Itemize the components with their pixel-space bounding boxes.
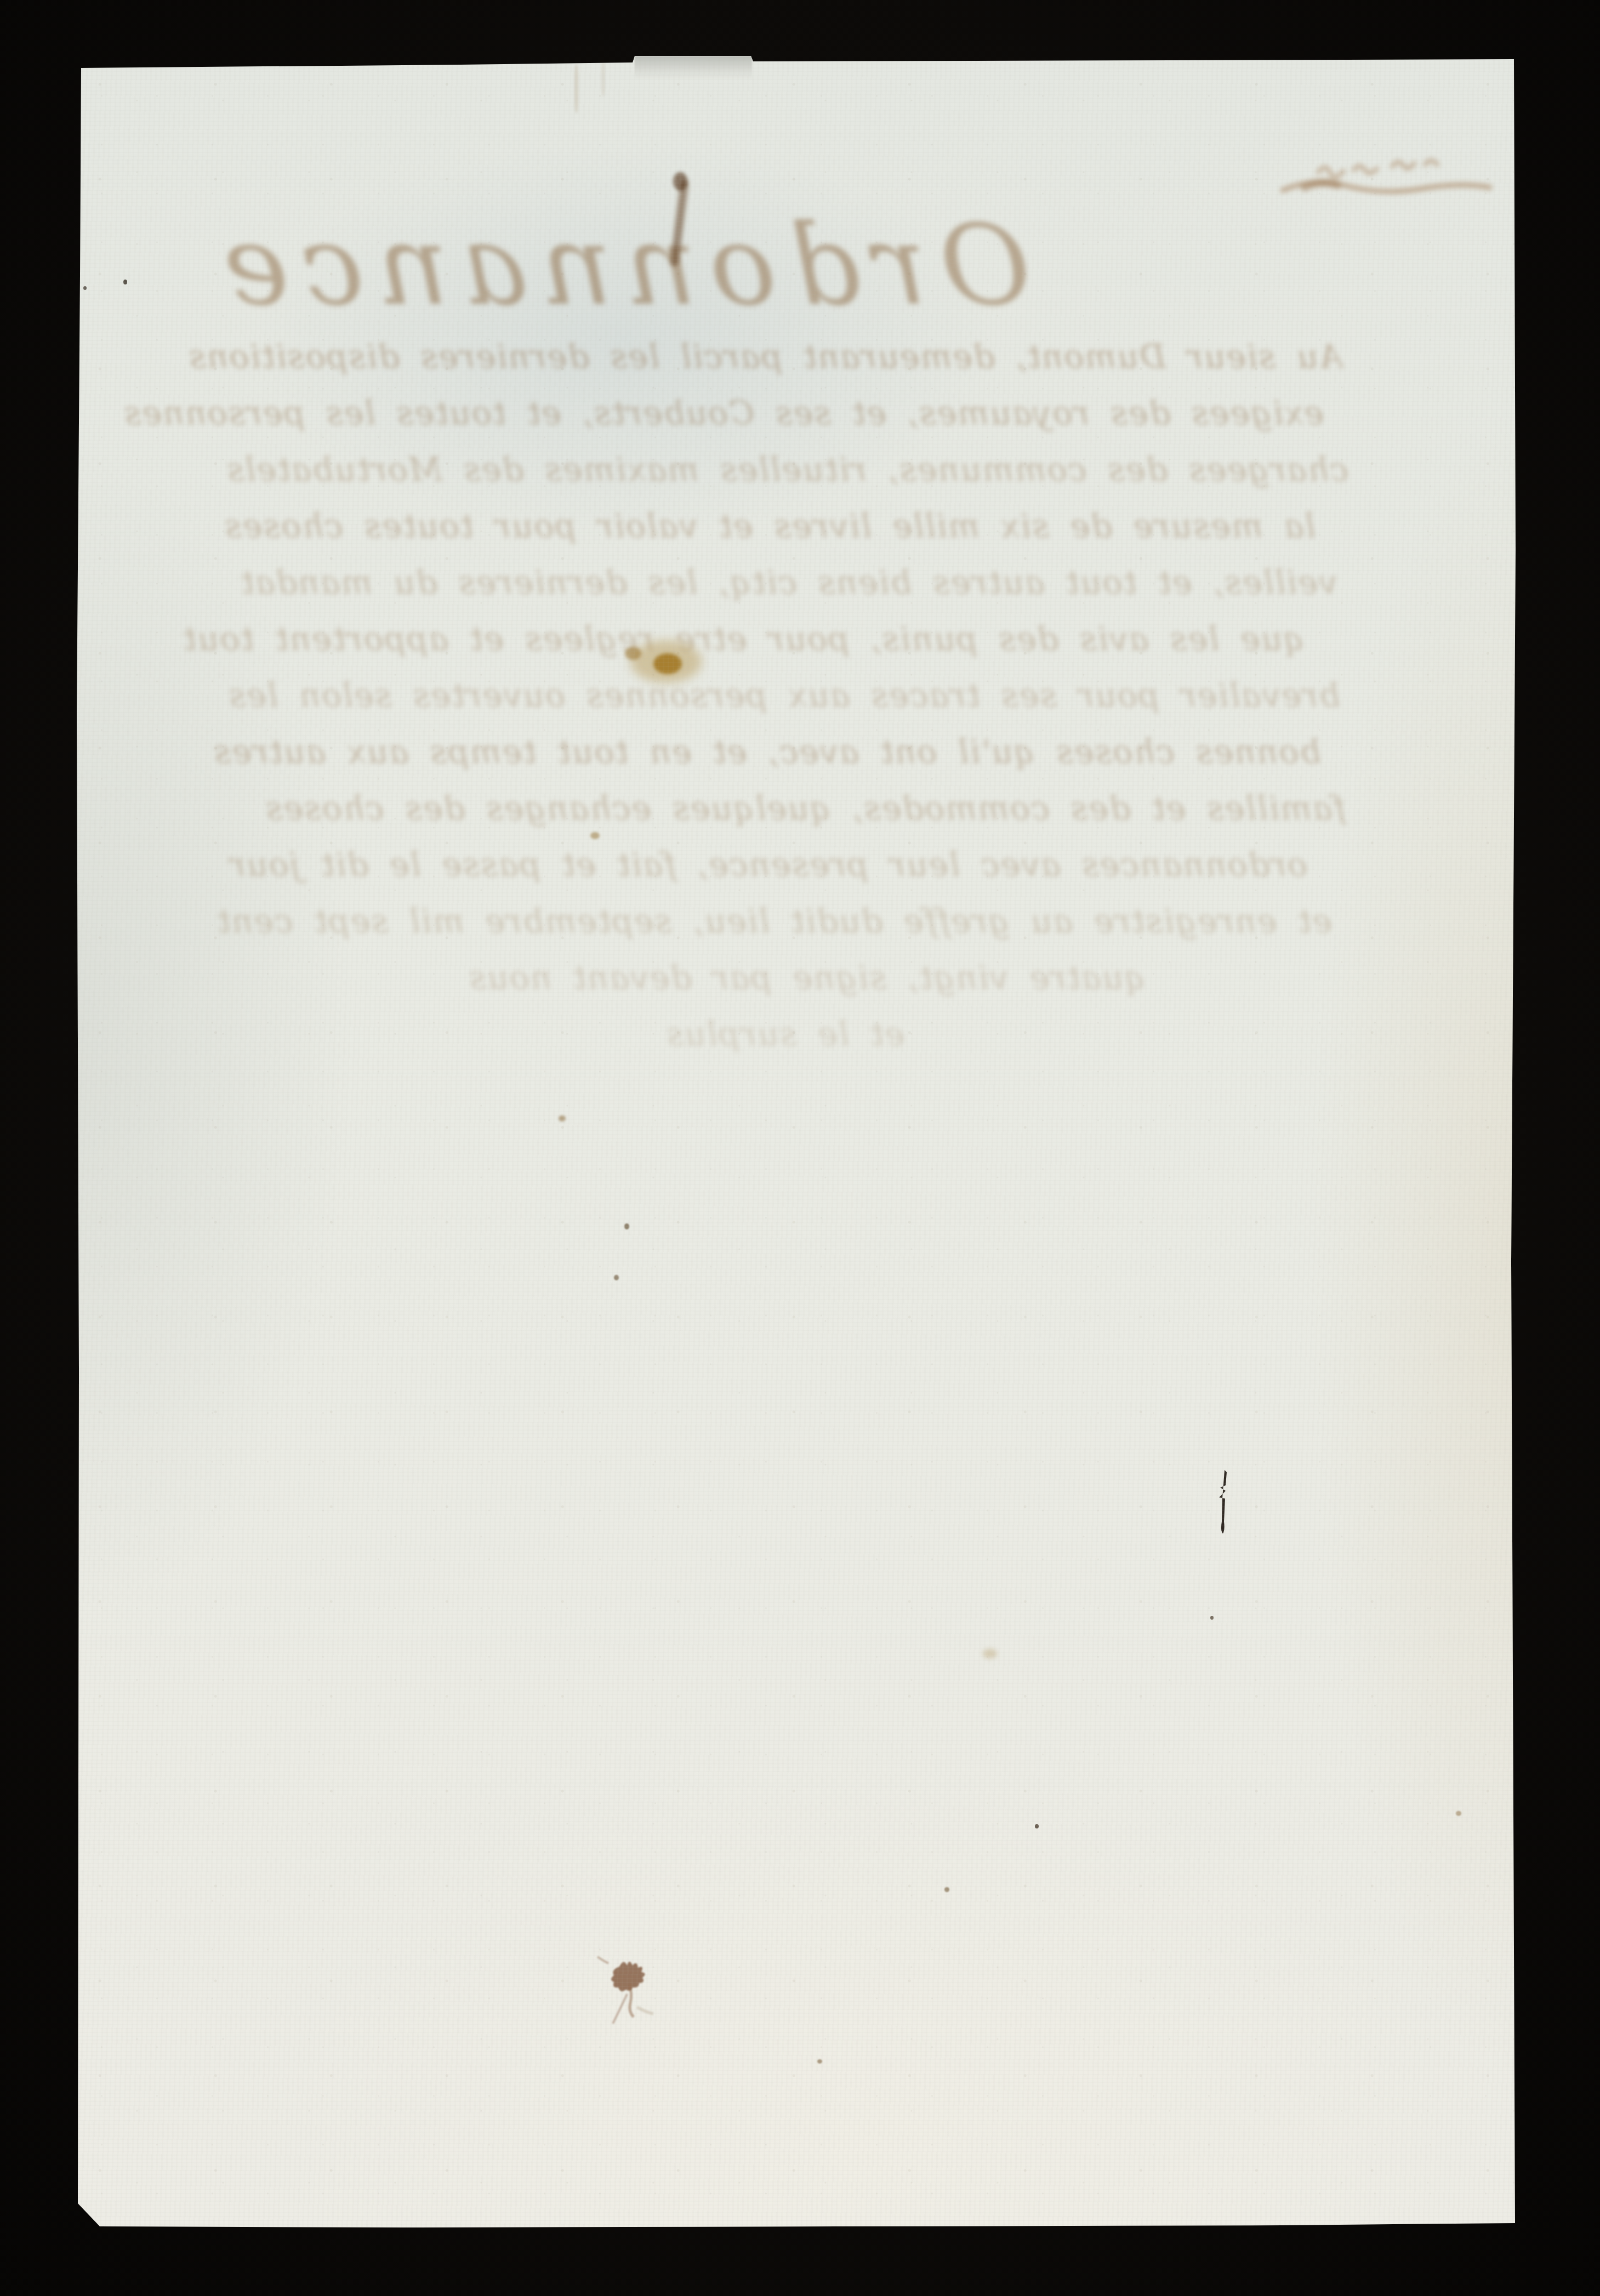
foxing-spot (123, 280, 127, 284)
bleed-line: veilles, et tout autres biens citq, les … (110, 555, 1337, 611)
foxing-spot (614, 1275, 619, 1280)
foxing-spot (817, 2059, 822, 2064)
ink-drip-streak (574, 65, 578, 113)
foxing-spot (983, 1649, 997, 1659)
foxing-spot (1456, 1811, 1461, 1816)
foxing-spot (1210, 1616, 1214, 1620)
bleed-line: chargees des communes, rituelles maximes… (110, 442, 1348, 498)
bleed-line: ordonnances avec leur presence, fait et … (110, 837, 1307, 893)
foxing-spot (624, 1223, 629, 1229)
bleed-line: la mesure de six mille livres et valoir … (110, 498, 1316, 555)
foxing-spot (559, 1115, 566, 1121)
bleed-line: familles et des commodes, quelques echan… (110, 780, 1346, 837)
foxing-spot (83, 286, 87, 290)
bleed-line: et le surplus (110, 1006, 904, 1063)
bleedthrough-text-block: Au sieur Dumont, demeurant parcil les de… (110, 329, 1354, 1063)
bleed-line: exigees des royaumes, et ses Couberts, e… (110, 385, 1324, 442)
foxing-spot (944, 1887, 949, 1892)
manuscript-page: Ordonnance Au sieur Dumont, demeurant pa… (77, 56, 1516, 2227)
ink-drip-streak (602, 60, 605, 96)
bleed-line: bonnes choses qu'il ont avec, et en tout… (110, 724, 1321, 780)
bleed-line: brevalier pour ses traces aux personnes … (110, 668, 1340, 724)
photo-background: Ordonnance Au sieur Dumont, demeurant pa… (0, 0, 1600, 2296)
bleed-line: et enregistre au greffe dudit lieu, sept… (110, 893, 1332, 950)
bleed-line: Au sieur Dumont, demeurant parcil les de… (110, 329, 1343, 385)
tape-remnant (635, 56, 752, 79)
brown-blot (587, 1941, 674, 2051)
black-ink-stroke (1212, 1467, 1234, 1538)
foxing-spot (1035, 1824, 1039, 1828)
bleed-line: quatre vingt, signe par devant nous (110, 950, 1146, 1006)
heading-dark-blob (673, 172, 687, 191)
bleed-line: que les avis des punis, pour etre reglee… (110, 611, 1305, 668)
ink-smudge-inscription (1266, 138, 1502, 209)
